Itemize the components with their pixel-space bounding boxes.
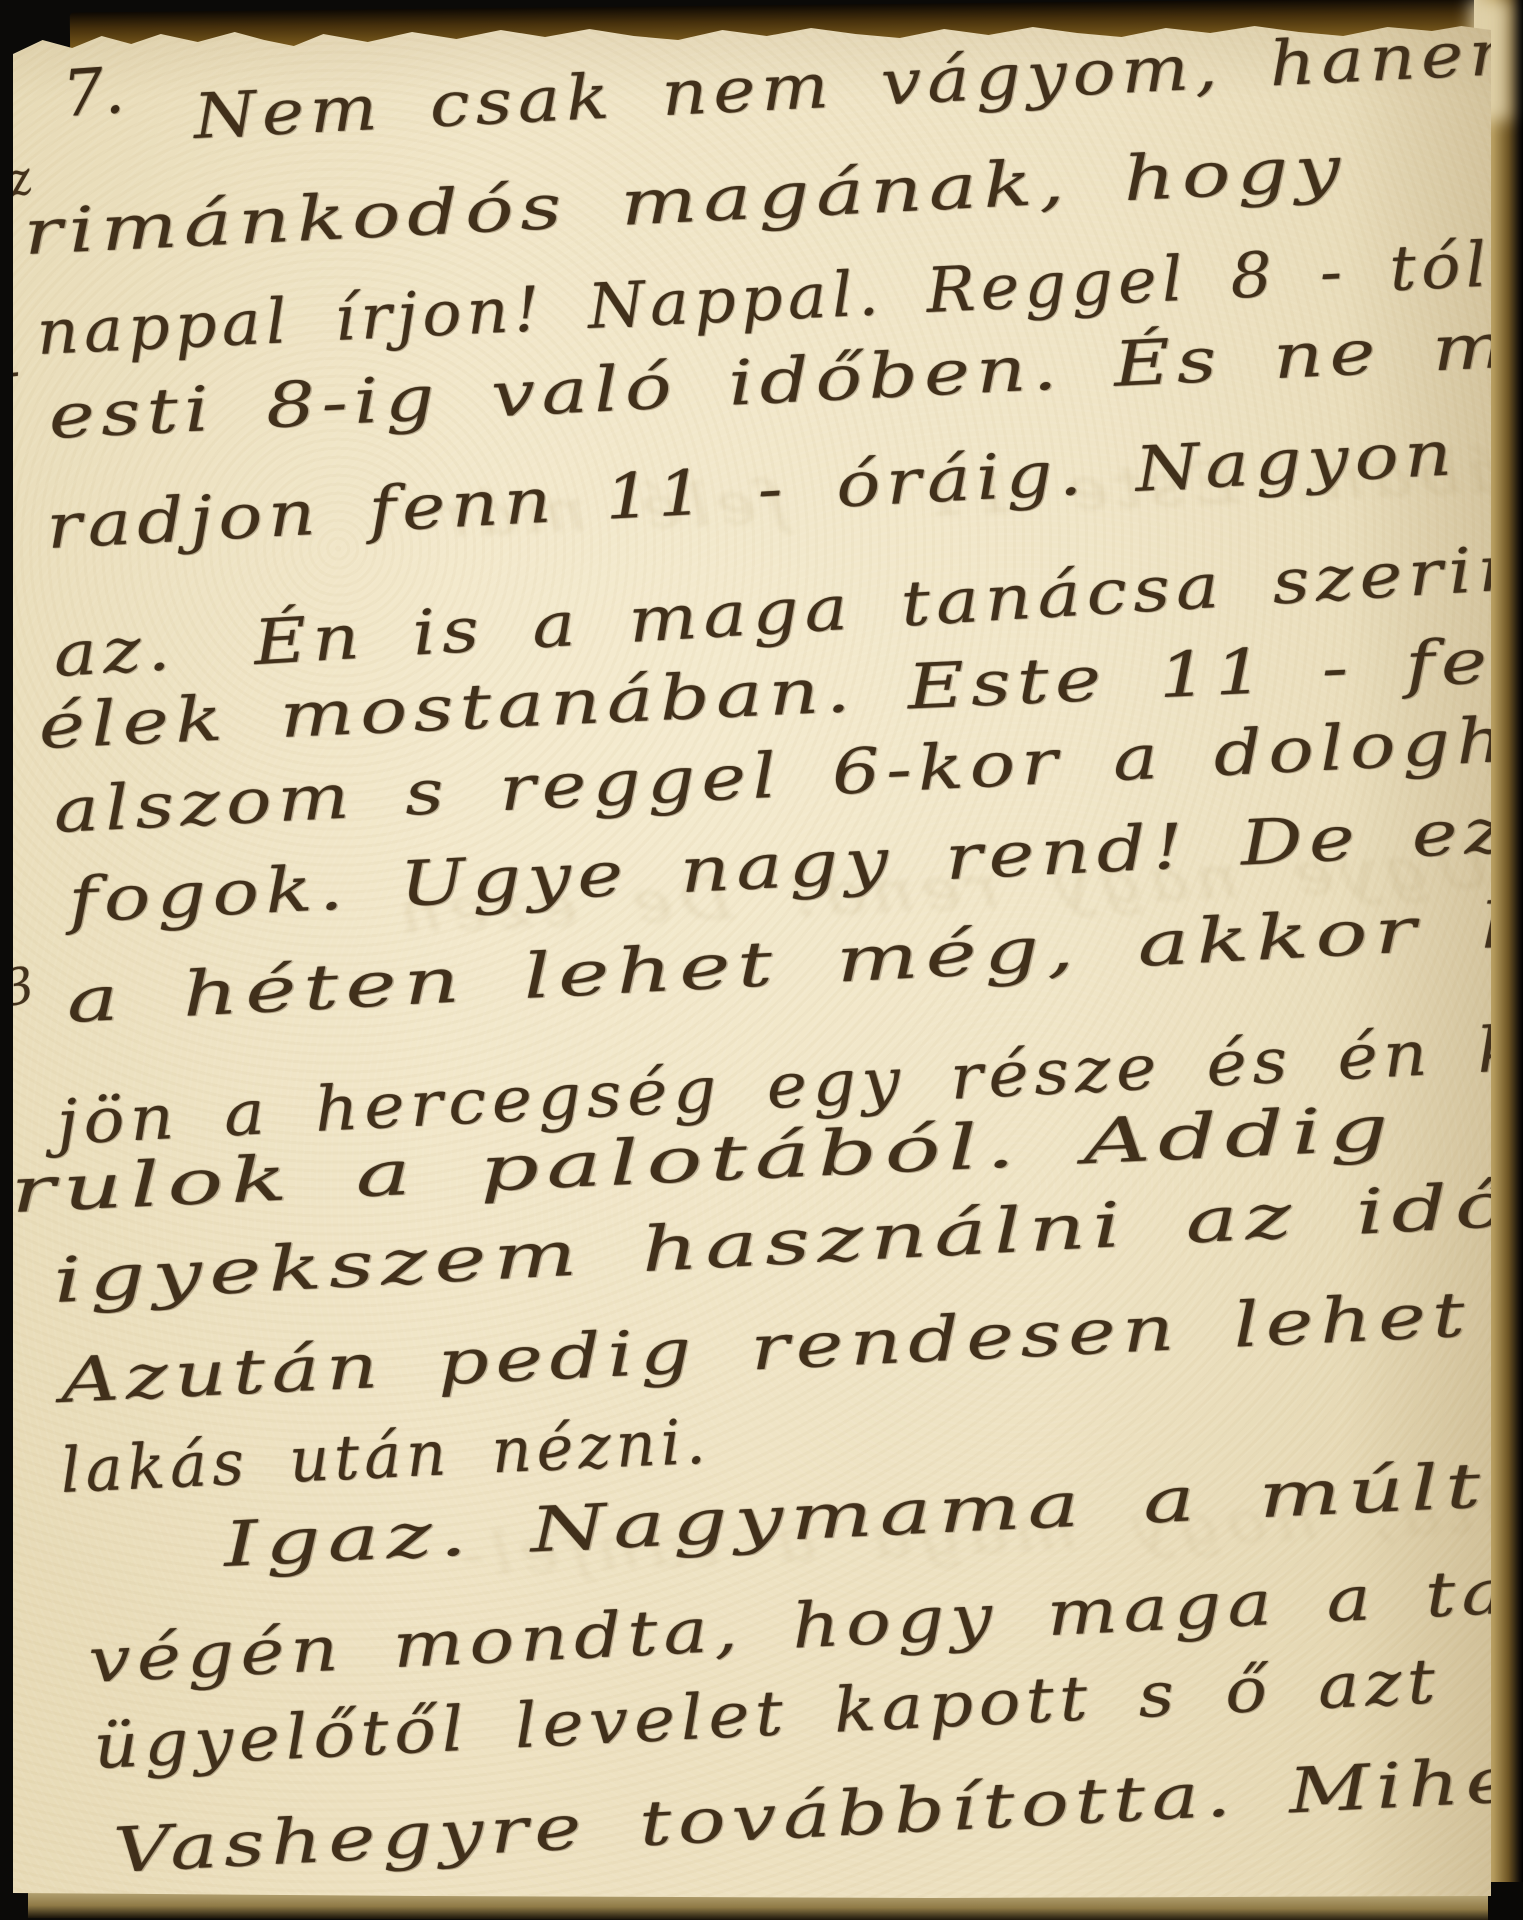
page-number: 7. bbox=[60, 54, 126, 132]
bottom-right-corner-gap bbox=[1488, 1882, 1523, 1920]
scanned-letter-page: élek mostanában. Este 11 - felé már fogo… bbox=[0, 0, 1523, 1920]
margin-ink-mark: 3 bbox=[0, 956, 39, 1019]
letter-page: élek mostanában. Este 11 - felé már fogo… bbox=[13, 24, 1491, 1898]
handwriting-line: Nem csak nem vágyom, hanem bbox=[192, 20, 1523, 148]
handwriting-line: lakás után nézni. bbox=[59, 1411, 711, 1502]
margin-ink-mark: - bbox=[1, 343, 22, 398]
